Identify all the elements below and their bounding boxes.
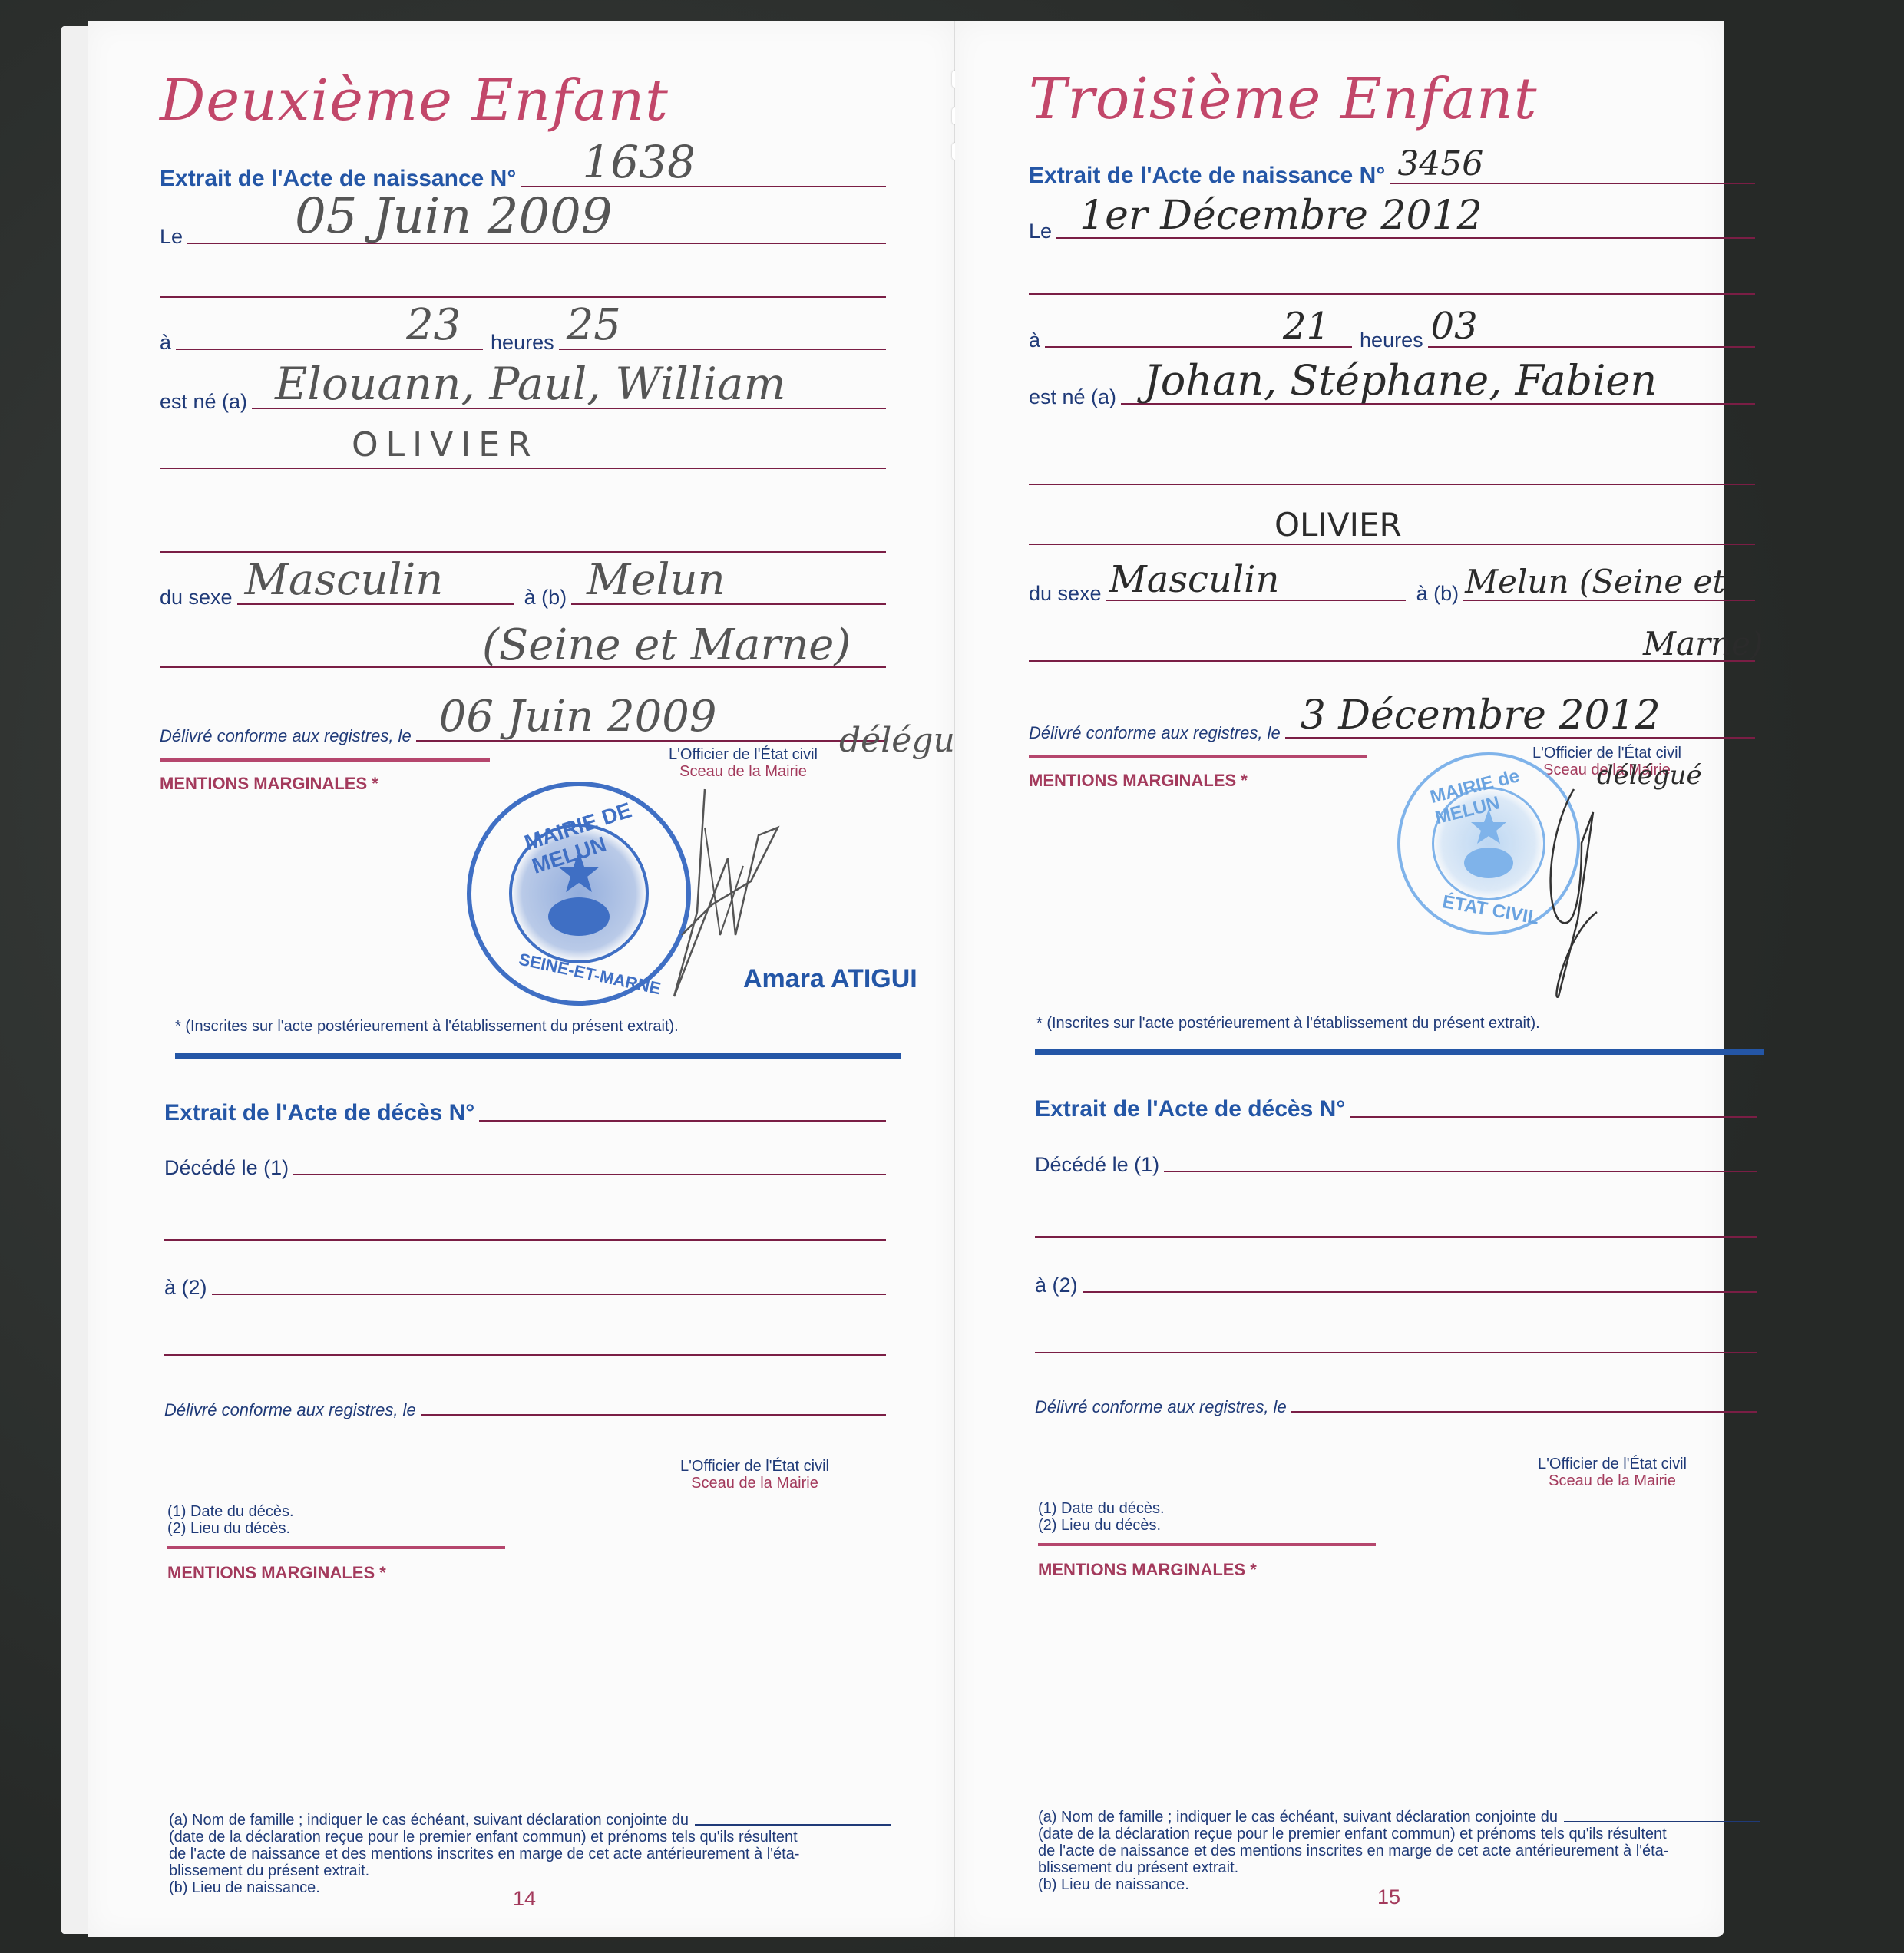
- birth-time-row: à 23 heures 25: [160, 331, 886, 355]
- death-issued-label: Délivré conforme aux registres, le: [164, 1400, 416, 1420]
- mentions-footnote: * (Inscrites sur l'acte postérieurement …: [1036, 1015, 1540, 1033]
- issued-label: Délivré conforme aux registres, le: [160, 726, 412, 746]
- footnote-a-line4: blissement du présent extrait.: [169, 1862, 891, 1879]
- family-name-rule: [1029, 544, 1755, 545]
- death-notes: (1) Date du décès. (2) Lieu du décès.: [167, 1503, 294, 1537]
- page-number: 15: [1377, 1885, 1400, 1909]
- death-date-row: Décédé le (1): [164, 1156, 886, 1180]
- time-a-label: à: [1029, 329, 1040, 352]
- birth-date-value: 05 Juin 2009: [295, 192, 613, 241]
- page-title: Troisième Enfant: [1029, 66, 1537, 132]
- blank-rule: [160, 296, 886, 298]
- born-label: est né (a): [160, 390, 247, 414]
- death-officer-block: L'Officier de l'État civil Sceau de la M…: [1512, 1456, 1712, 1489]
- blank-rule: [164, 1239, 886, 1241]
- death-issued-row: Délivré conforme aux registres, le: [1035, 1397, 1757, 1417]
- born-row: est né (a) Johan, Stéphane, Fabien: [1029, 385, 1755, 409]
- officer-label: L'Officier de l'État civil: [651, 746, 835, 763]
- birth-date-value: 1er Décembre 2012: [1079, 196, 1483, 236]
- section-divider: [175, 1053, 901, 1059]
- blank-rule: [164, 1354, 886, 1356]
- signer-name: Amara ATIGUI: [743, 964, 917, 994]
- blank-rule: [1035, 1236, 1757, 1238]
- issued-value: 06 Juin 2009: [439, 696, 717, 739]
- birth-act-label: Extrait de l'Acte de naissance N°: [1029, 163, 1385, 189]
- death-officer-block: L'Officier de l'État civil Sceau de la M…: [655, 1458, 854, 1492]
- hours-label: heures: [1360, 329, 1423, 352]
- footnote-a-line2: (date de la déclaration reçue pour le pr…: [169, 1829, 891, 1846]
- sex-place-row: du sexe Masculin à (b) Melun: [160, 586, 886, 610]
- death-date-row: Décédé le (1): [1035, 1153, 1757, 1177]
- mentions-rule: [160, 758, 490, 762]
- footnote-a-line3: de l'acte de naissance et des mentions i…: [1038, 1842, 1760, 1859]
- blank-rule: [160, 551, 886, 553]
- death-act-row: Extrait de l'Acte de décès N°: [1035, 1096, 1757, 1122]
- issued-row: Délivré conforme aux registres, le 3 Déc…: [1029, 723, 1755, 743]
- sex-label: du sexe: [160, 586, 233, 610]
- page-15: Troisième Enfant Extrait de l'Acte de na…: [955, 21, 1724, 1937]
- born-row: est né (a) Elouann, Paul, William: [160, 390, 886, 414]
- issued-value: 3 Décembre 2012: [1301, 696, 1661, 735]
- sex-place-row: du sexe Masculin à (b) Melun (Seine et: [1029, 582, 1755, 606]
- footnote-a-line1: (a) Nom de famille ; indiquer le cas éch…: [1038, 1809, 1558, 1826]
- given-names: Elouann, Paul, William: [275, 362, 785, 406]
- mentions-label: MENTIONS MARGINALES *: [160, 774, 378, 794]
- birth-hour-value: 21: [1283, 308, 1330, 345]
- birth-date-label: Le: [160, 225, 183, 249]
- blank-rule: [1029, 293, 1755, 295]
- death-issued-label: Délivré conforme aux registres, le: [1035, 1397, 1287, 1417]
- death-seal-label: Sceau de la Mairie: [1512, 1472, 1712, 1489]
- hours-label: heures: [491, 331, 554, 355]
- place-rule: [1029, 660, 1755, 662]
- birth-time-row: à 21 heures 03: [1029, 329, 1755, 352]
- sex-label: du sexe: [1029, 582, 1102, 606]
- death-note-2: (2) Lieu du décès.: [1038, 1517, 1165, 1534]
- sex-value: Masculin: [1109, 561, 1280, 598]
- footnote-a-line2: (date de la déclaration reçue pour le pr…: [1038, 1826, 1760, 1842]
- death-place-row: à (2): [164, 1276, 886, 1300]
- birth-act-number-row: Extrait de l'Acte de naissance N° 3456: [1029, 163, 1755, 189]
- birth-date-row: Le 05 Juin 2009: [160, 225, 886, 249]
- birth-act-number: 3456: [1397, 147, 1483, 181]
- sex-value: Masculin: [245, 559, 444, 602]
- mentions-label: MENTIONS MARGINALES *: [1029, 771, 1248, 791]
- page-14: Deuxième Enfant Extrait de l'Acte de nai…: [88, 21, 955, 1937]
- born-label: est né (a): [1029, 385, 1116, 409]
- death-date-label: Décédé le (1): [1035, 1153, 1159, 1177]
- page-footnotes: (a) Nom de famille ; indiquer le cas éch…: [169, 1812, 891, 1896]
- blank-rule: [1035, 1352, 1757, 1353]
- issued-label: Délivré conforme aux registres, le: [1029, 723, 1281, 743]
- death-note-2: (2) Lieu du décès.: [167, 1520, 294, 1537]
- birth-hour-value: 23: [406, 304, 461, 347]
- death-act-label: Extrait de l'Acte de décès N°: [164, 1100, 474, 1126]
- mentions-footnote: * (Inscrites sur l'acte postérieurement …: [175, 1018, 679, 1036]
- birth-date-label: Le: [1029, 220, 1052, 243]
- time-a-label: à: [160, 331, 171, 355]
- death-notes: (1) Date du décès. (2) Lieu du décès.: [1038, 1500, 1165, 1534]
- death-act-label: Extrait de l'Acte de décès N°: [1035, 1096, 1345, 1122]
- death-seal-label: Sceau de la Mairie: [655, 1475, 854, 1492]
- place-label: à (b): [524, 586, 567, 610]
- death-mentions-label: MENTIONS MARGINALES *: [1038, 1560, 1257, 1580]
- death-place-row: à (2): [1035, 1274, 1757, 1297]
- birth-act-number: 1638: [582, 140, 696, 184]
- officer-signature: [1520, 782, 1643, 1004]
- footnote-a-line3: de l'acte de naissance et des mentions i…: [169, 1846, 891, 1862]
- given-names: Johan, Stéphane, Fabien: [1144, 360, 1657, 402]
- blank-rule: [1029, 484, 1755, 485]
- death-mentions-rule: [167, 1546, 505, 1549]
- death-date-label: Décédé le (1): [164, 1156, 289, 1180]
- death-place-label: à (2): [1035, 1274, 1078, 1297]
- place-value: Melun (Seine et: [1465, 566, 1725, 598]
- birth-minute-value: 03: [1431, 308, 1478, 345]
- death-note-1: (1) Date du décès.: [167, 1503, 294, 1520]
- birth-date-row: Le 1er Décembre 2012: [1029, 220, 1755, 243]
- death-mentions-label: MENTIONS MARGINALES *: [167, 1563, 386, 1583]
- death-officer-label: L'Officier de l'État civil: [655, 1458, 854, 1475]
- place-value: Melun: [587, 559, 726, 602]
- death-place-label: à (2): [164, 1276, 207, 1300]
- page-footnotes: (a) Nom de famille ; indiquer le cas éch…: [1038, 1809, 1760, 1893]
- footnote-a-line4: blissement du présent extrait.: [1038, 1859, 1760, 1876]
- death-officer-label: L'Officier de l'État civil: [1512, 1456, 1712, 1472]
- seal-label: Sceau de la Mairie: [651, 763, 835, 780]
- page-title: Deuxième Enfant: [160, 68, 669, 134]
- birth-minute-value: 25: [567, 304, 621, 347]
- death-issued-row: Délivré conforme aux registres, le: [164, 1400, 886, 1420]
- footnote-a-line1: (a) Nom de famille ; indiquer le cas éch…: [169, 1812, 689, 1829]
- issued-row: Délivré conforme aux registres, le 06 Ju…: [160, 726, 886, 746]
- place-label: à (b): [1416, 582, 1459, 606]
- death-act-row: Extrait de l'Acte de décès N°: [164, 1100, 886, 1126]
- page-number: 14: [513, 1887, 536, 1911]
- mentions-rule: [1029, 755, 1367, 758]
- family-name-rule: [160, 468, 886, 469]
- section-divider: [1035, 1049, 1764, 1055]
- death-note-1: (1) Date du décès.: [1038, 1500, 1165, 1517]
- death-mentions-rule: [1038, 1543, 1376, 1546]
- officer-block: L'Officier de l'État civil Sceau de la M…: [651, 746, 835, 780]
